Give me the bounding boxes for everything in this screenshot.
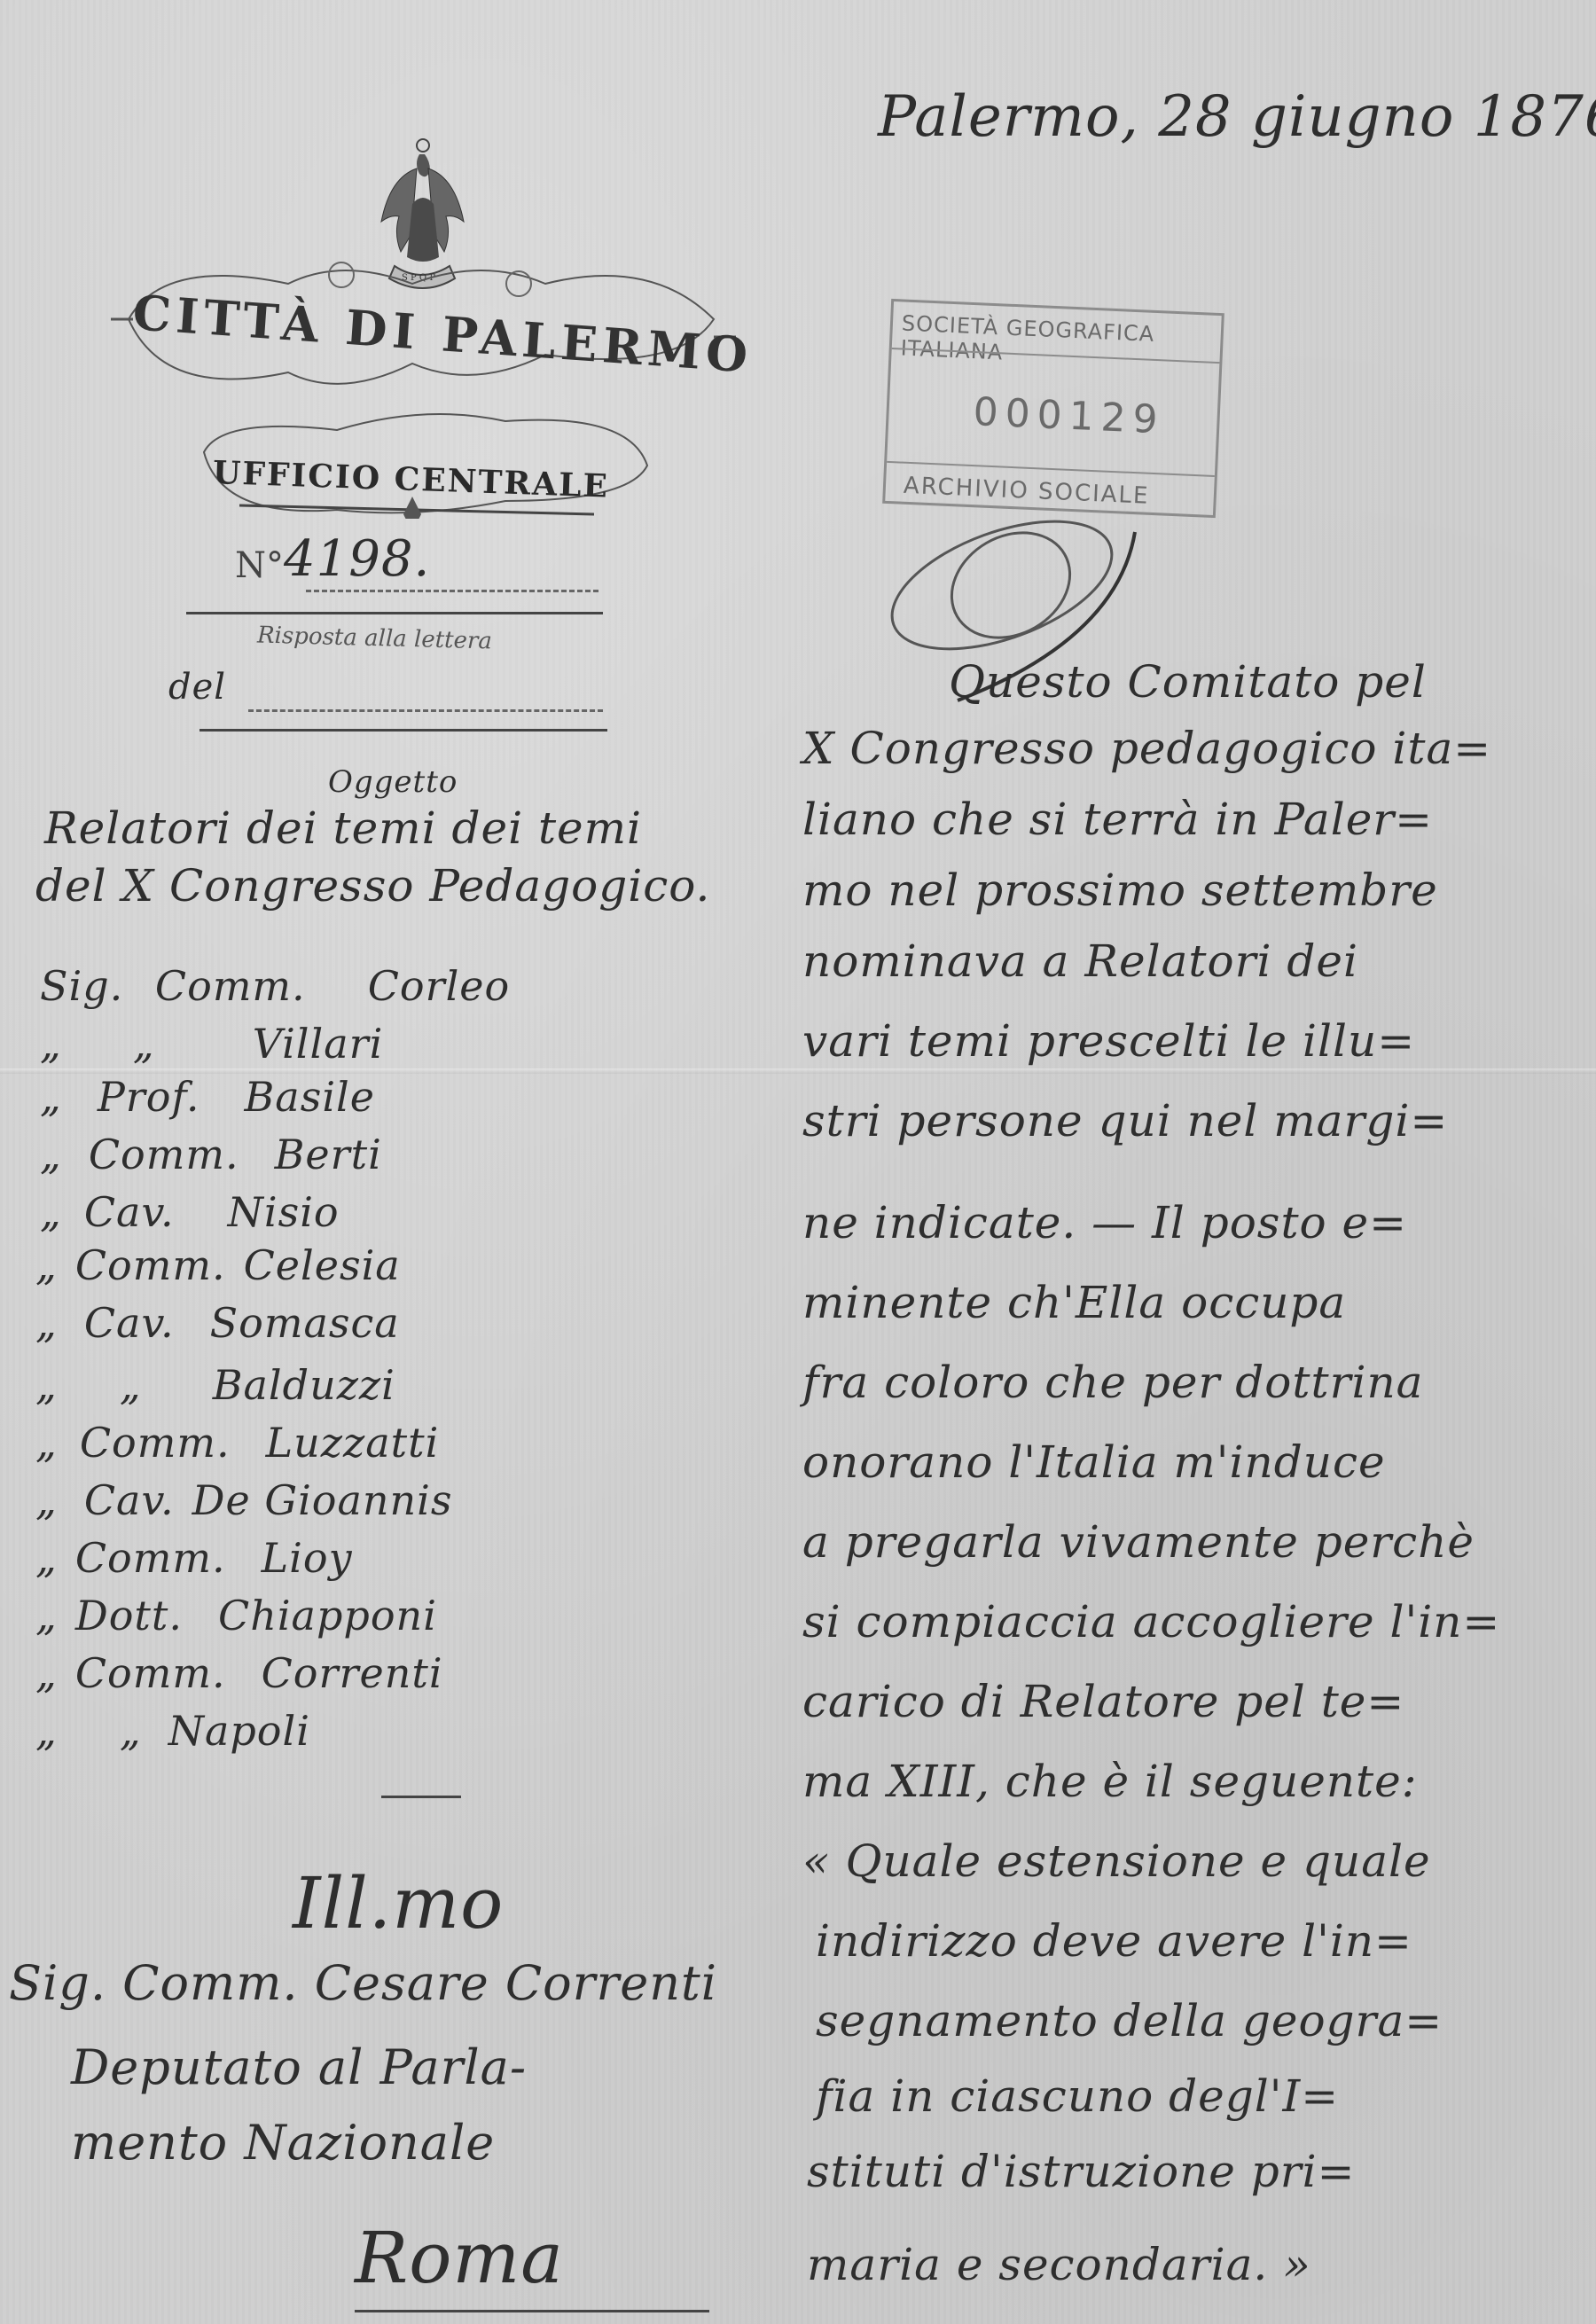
protocol-number-label: N° xyxy=(235,545,284,586)
body-line: ma XIII, che è il seguente: xyxy=(802,1756,1418,1807)
subject-line-2: del X Congresso Pedagogico. xyxy=(35,860,710,912)
body-line: « Quale estensione e quale xyxy=(802,1835,1431,1887)
body-line: stituti d'istruzione pri= xyxy=(807,2146,1356,2197)
stamp-society: SOCIETÀ GEOGRAFICA ITALIANA xyxy=(900,310,1221,374)
list-end-rule xyxy=(381,1796,461,1798)
relatore-row: „„Napoli xyxy=(35,1707,310,1755)
body-line: indirizzo deve avere l'in= xyxy=(816,1915,1412,1967)
body-line: a pregarla vivamente perchè xyxy=(802,1516,1475,1568)
addressee-line-2: Deputato al Parla- xyxy=(71,2039,527,2095)
body-line: ne indicate. — Il posto e= xyxy=(802,1197,1407,1248)
city-underline xyxy=(355,2310,709,2312)
dateline: Palermo, 28 giugno 1876 xyxy=(878,84,1596,150)
relatore-row: „Cav.Somasca xyxy=(35,1299,400,1347)
body-line: minente ch'Ella occupa xyxy=(802,1277,1346,1328)
body-line: X Congresso pedagogico ita= xyxy=(802,723,1491,774)
relatore-row: „Comm.Celesia xyxy=(35,1241,401,1289)
addressee-city: Roma xyxy=(355,2217,564,2299)
protocol-number: 4198. xyxy=(284,530,430,588)
stamp-archive: ARCHIVIO SOCIALE xyxy=(903,473,1150,510)
letterhead-rule-bottom xyxy=(199,729,607,732)
relatore-row: „Comm.Luzzatti xyxy=(35,1419,439,1467)
relatore-row: „Cav.De Gioannis xyxy=(35,1476,453,1524)
body-line: si compiaccia accogliere l'in= xyxy=(802,1596,1500,1647)
relatore-row: „Comm.Berti xyxy=(40,1131,382,1178)
body-line: liano che si terrà in Paler= xyxy=(802,794,1433,845)
body-line: onorano l'Italia m'induce xyxy=(802,1436,1386,1488)
body-line: fia in ciascuno degl'I= xyxy=(816,2070,1339,2122)
body-line: maria e secondaria. » xyxy=(807,2239,1311,2290)
date-prefix: del xyxy=(168,667,226,708)
body-line: Questo Comitato pel xyxy=(949,656,1427,708)
stamp-number: 000129 xyxy=(973,389,1166,442)
number-dotted-line xyxy=(306,590,598,592)
reply-label: Risposta alla lettera xyxy=(257,622,493,655)
relatore-row: „Comm.Lioy xyxy=(35,1534,353,1582)
body-line: fra coloro che per dottrina xyxy=(802,1357,1424,1408)
subject-line-1: Relatori dei temi dei temi xyxy=(44,802,642,854)
body-line: vari temi prescelti le illu= xyxy=(802,1015,1415,1067)
relatore-row: „„Villari xyxy=(40,1020,383,1068)
body-line: nominava a Relatori dei xyxy=(802,935,1358,987)
subject-label: Oggetto xyxy=(328,764,458,800)
relatore-row: „Comm.Correnti xyxy=(35,1649,443,1697)
body-line: stri persone qui nel margi= xyxy=(802,1095,1448,1146)
relatore-row: „„Balduzzi xyxy=(35,1361,395,1409)
date-dotted-line xyxy=(248,709,603,712)
body-line: mo nel prossimo settembre xyxy=(802,865,1438,916)
letter-sheet: S P Q P CITTÀ DI PALERMO UFFICIO CENTRAL… xyxy=(0,0,1596,2324)
relatore-row: Sig. Comm.Corleo xyxy=(40,962,510,1010)
body-line: segnamento della geogra= xyxy=(816,1995,1443,2046)
addressee-line-3: mento Nazionale xyxy=(71,2115,495,2171)
relatore-row: „Dott.Chiapponi xyxy=(35,1592,437,1639)
body-line: carico di Relatore pel te= xyxy=(802,1676,1404,1727)
addressee-line-1: Sig. Comm. Cesare Correnti xyxy=(9,1955,717,2011)
relatore-row: „Cav.Nisio xyxy=(40,1188,340,1236)
salutation: Ill.mo xyxy=(293,1862,504,1944)
archive-stamp: SOCIETÀ GEOGRAFICA ITALIANA 000129 ARCHI… xyxy=(882,299,1224,518)
relatore-row: „Prof.Basile xyxy=(40,1073,375,1121)
letterhead-rule xyxy=(186,612,603,614)
